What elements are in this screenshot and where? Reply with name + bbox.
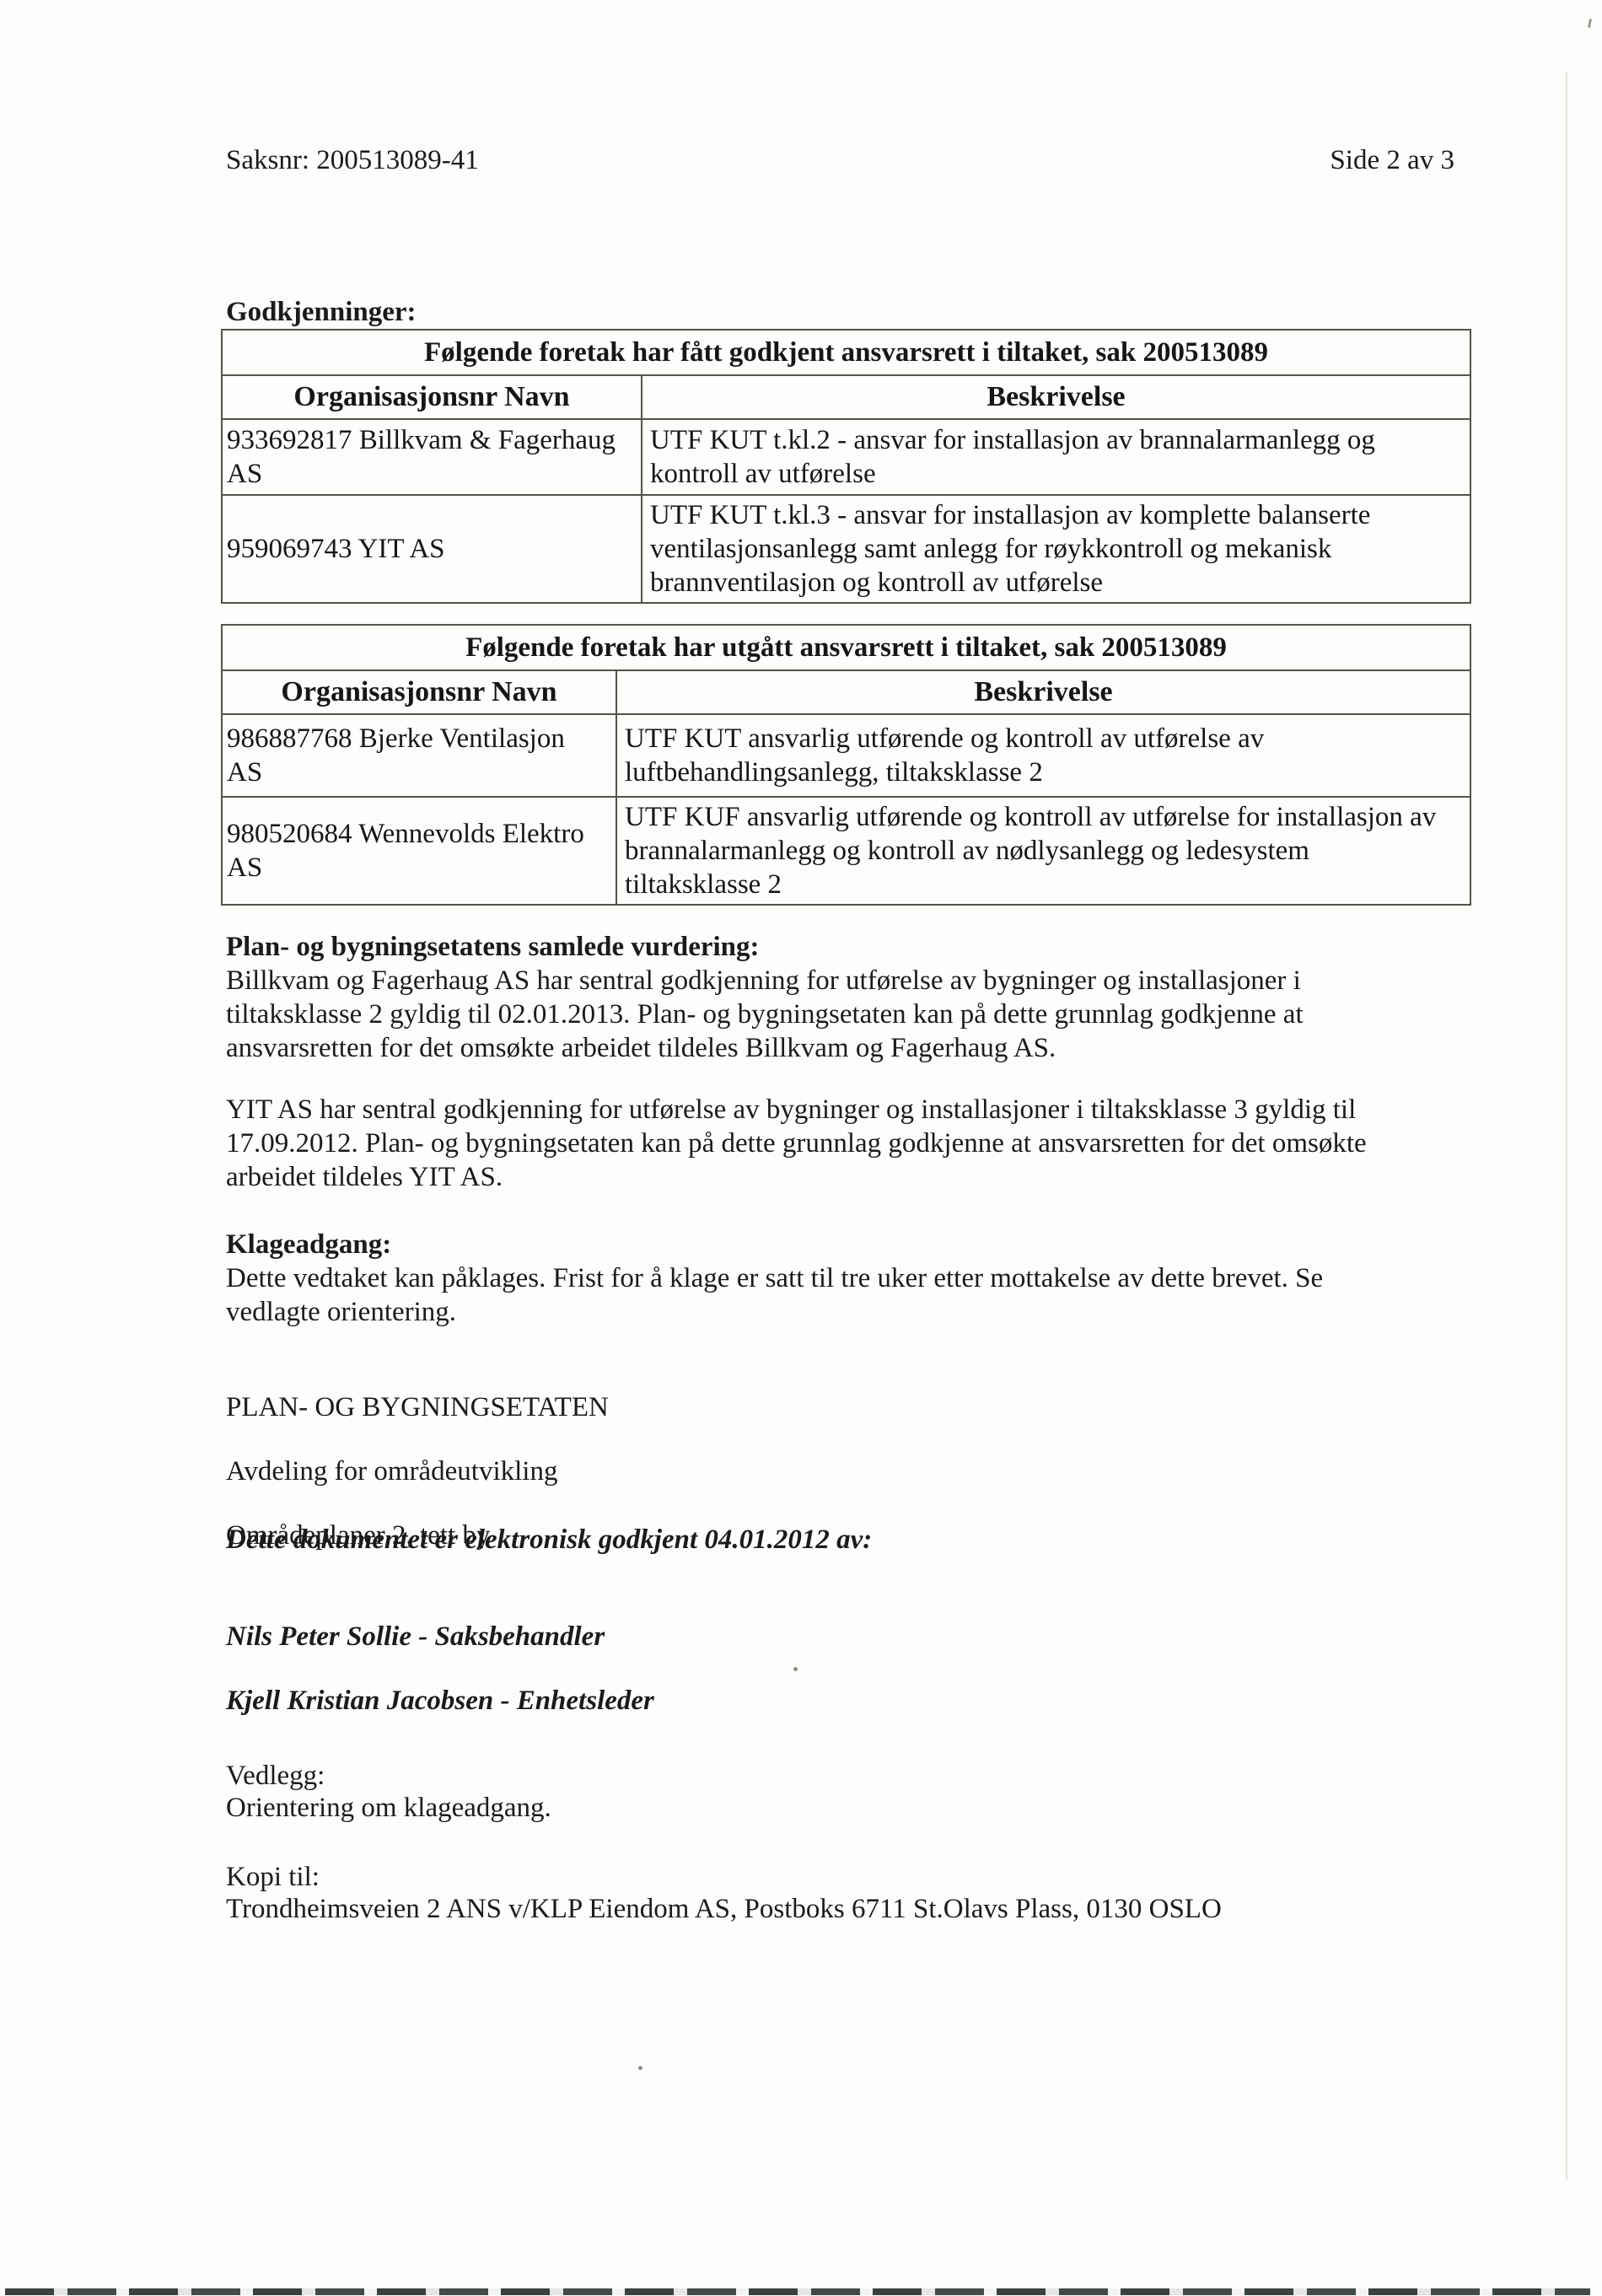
appeal-heading: Klageadgang:: [226, 1228, 391, 1261]
scan-bottom-edge: [5, 2288, 1590, 2295]
approvals-heading: Godkjenninger:: [226, 295, 417, 329]
table-row: 933692817 Billkvam & Fagerhaug AS UTF KU…: [222, 419, 1470, 495]
desc-cell: UTF KUT ansvarlig utførende og kontroll …: [616, 714, 1470, 797]
copy-item: Trondheimsveien 2 ANS v/KLP Eiendom AS, …: [226, 1892, 1222, 1926]
scan-speck: [793, 1667, 798, 1671]
org-cell: 980520684 Wennevolds Elektro AS: [222, 797, 616, 905]
table-header-row: Organisasjonsnr Navn Beskrivelse: [222, 670, 1470, 714]
org-cell: 959069743 YIT AS: [222, 495, 642, 603]
column-header-desc: Beskrivelse: [642, 375, 1470, 419]
assessment-paragraph-1: Billkvam og Fagerhaug AS har sentral god…: [226, 964, 1304, 1065]
table-caption-row: Følgende foretak har utgått ansvarsrett …: [222, 625, 1470, 670]
department-division: Avdeling for områdeutvikling: [226, 1455, 609, 1487]
attachments-heading: Vedlegg:: [226, 1759, 325, 1793]
page-header: Saksnr: 200513089-41 Side 2 av 3: [226, 145, 1454, 176]
org-cell: 986887768 Bjerke Ventilasjon AS: [222, 714, 616, 797]
column-header-desc: Beskrivelse: [616, 670, 1470, 714]
signer-caseworker: Nils Peter Sollie - Saksbehandler: [226, 1621, 654, 1653]
table-caption-row: Følgende foretak har fått godkjent ansva…: [222, 330, 1470, 375]
column-header-org: Organisasjonsnr Navn: [222, 375, 642, 419]
attachments-item: Orientering om klageadgang.: [226, 1791, 551, 1825]
assessment-heading: Plan- og bygningsetatens samlede vurderi…: [226, 930, 760, 964]
table-row: 980520684 Wennevolds Elektro AS UTF KUF …: [222, 797, 1470, 905]
scanned-document-page: Saksnr: 200513089-41 Side 2 av 3 Godkjen…: [0, 0, 1602, 2296]
table-caption: Følgende foretak har utgått ansvarsrett …: [222, 625, 1470, 670]
desc-cell: UTF KUF ansvarlig utførende og kontroll …: [616, 797, 1470, 905]
granted-responsibility-table: Følgende foretak har fått godkjent ansva…: [221, 329, 1471, 604]
org-cell: 933692817 Billkvam & Fagerhaug AS: [222, 419, 642, 495]
column-header-org: Organisasjonsnr Navn: [222, 670, 616, 714]
page-indicator: Side 2 av 3: [1330, 145, 1454, 176]
scan-speck: [1588, 19, 1592, 28]
assessment-paragraph-2: YIT AS har sentral godkjenning for utfør…: [226, 1093, 1367, 1194]
copy-heading: Kopi til:: [226, 1860, 320, 1894]
expired-responsibility-table: Følgende foretak har utgått ansvarsrett …: [221, 624, 1471, 906]
signature-block: Nils Peter Sollie - Saksbehandler Kjell …: [226, 1589, 654, 1749]
scan-edge-line: [1566, 72, 1567, 2180]
department-name: PLAN- OG BYGNINGSETATEN: [226, 1391, 609, 1423]
desc-cell: UTF KUT t.kl.2 - ansvar for installasjon…: [642, 419, 1470, 495]
table-row: 959069743 YIT AS UTF KUT t.kl.3 - ansvar…: [222, 495, 1470, 603]
desc-cell: UTF KUT t.kl.3 - ansvar for installasjon…: [642, 495, 1470, 603]
case-number: Saksnr: 200513089-41: [226, 145, 479, 176]
electronic-approval-line: Dette dokumentet er elektronisk godkjent…: [226, 1523, 872, 1557]
table-header-row: Organisasjonsnr Navn Beskrivelse: [222, 375, 1470, 419]
table-row: 986887768 Bjerke Ventilasjon AS UTF KUT …: [222, 714, 1470, 797]
scan-speck: [638, 2066, 642, 2070]
appeal-body: Dette vedtaket kan påklages. Frist for å…: [226, 1261, 1323, 1329]
signer-unit-leader: Kjell Kristian Jacobsen - Enhetsleder: [226, 1685, 654, 1717]
table-caption: Følgende foretak har fått godkjent ansva…: [222, 330, 1470, 375]
